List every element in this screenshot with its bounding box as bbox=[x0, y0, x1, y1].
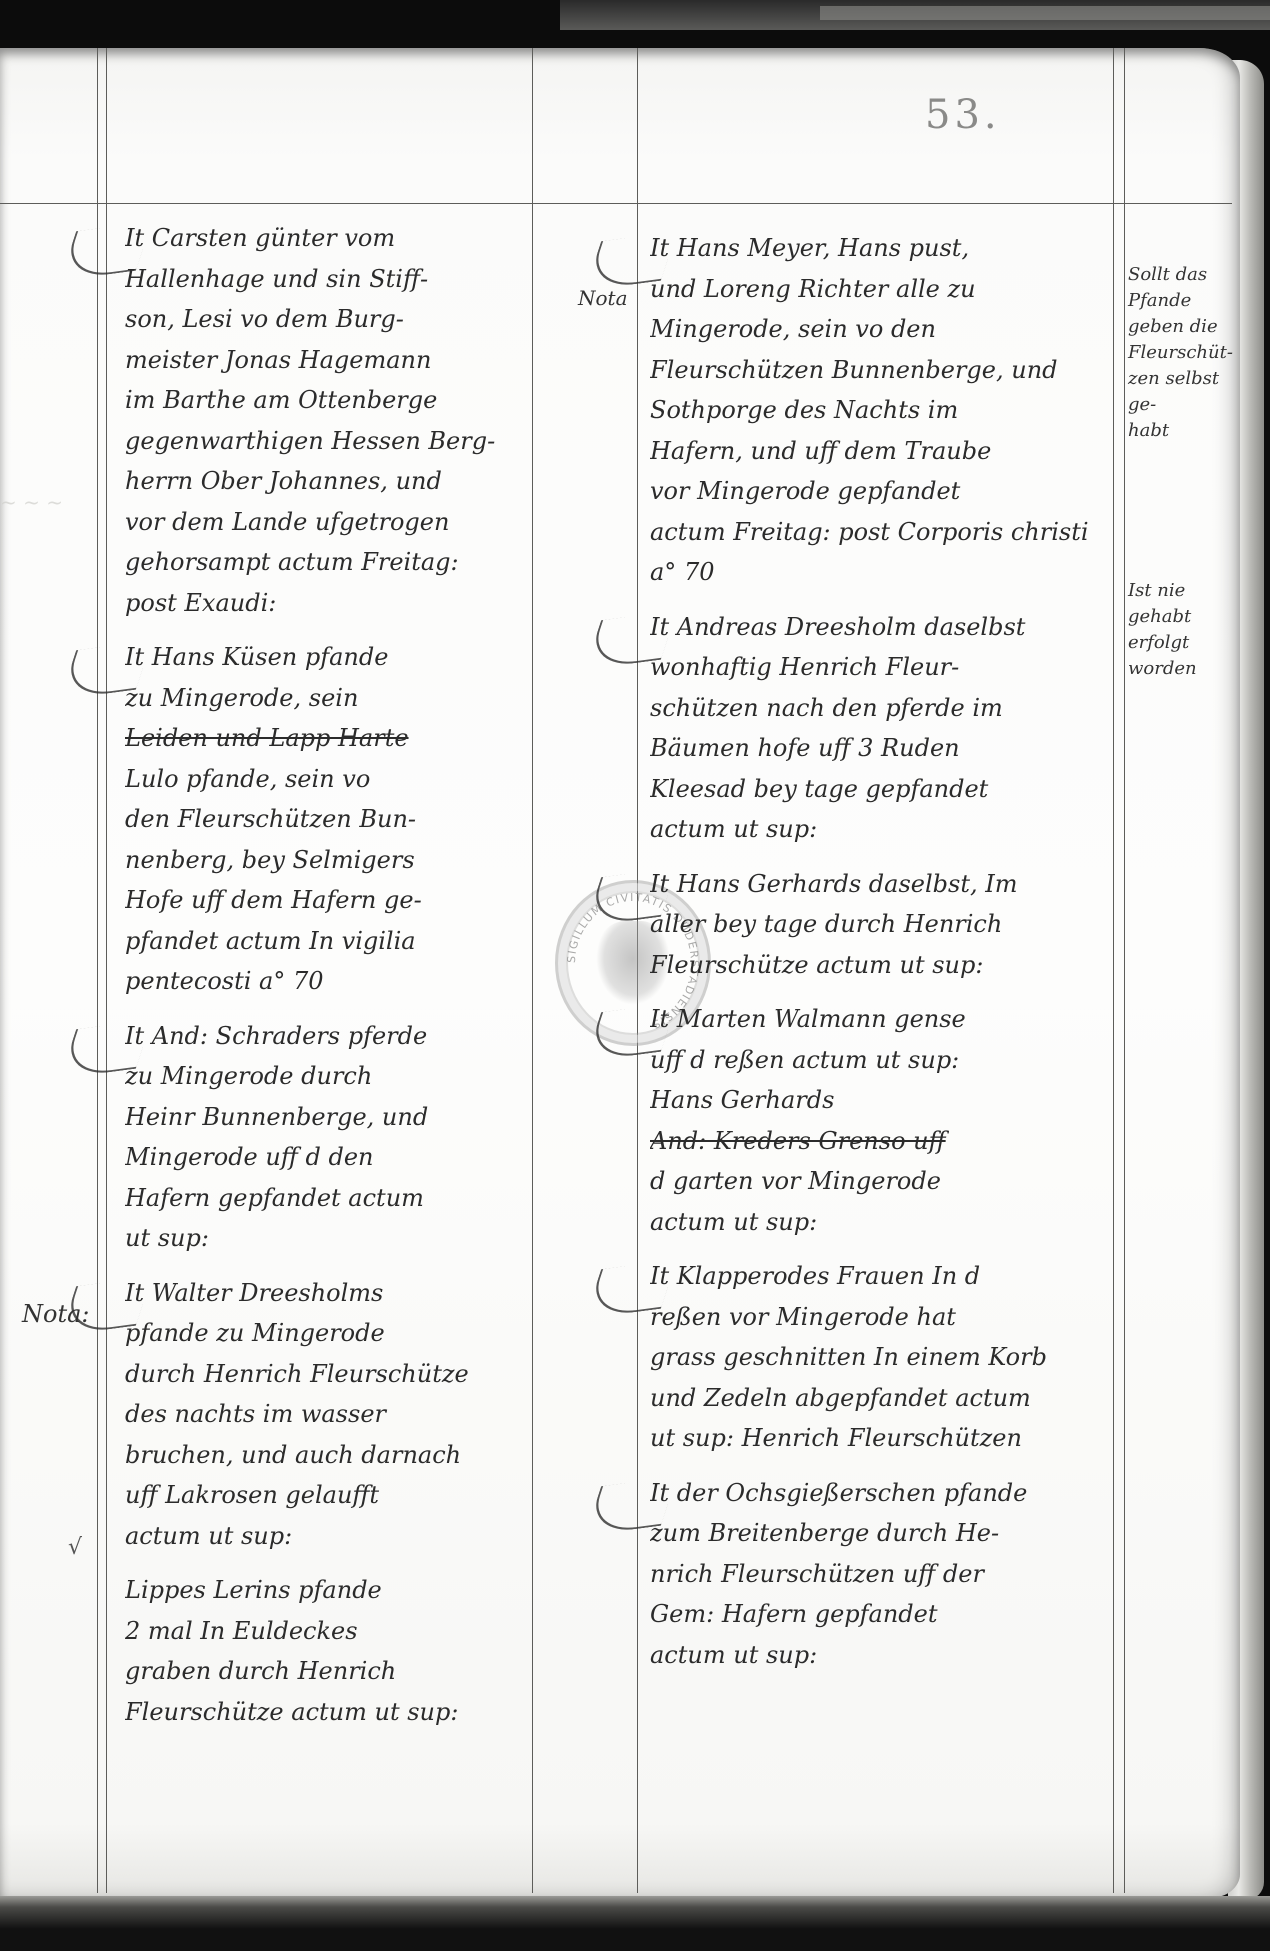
entry-line: uff Lakrosen gelaufft bbox=[125, 1475, 545, 1516]
entry-line: vor dem Lande ufgetrogen bbox=[125, 502, 545, 543]
side-note-line: geben die bbox=[1128, 314, 1228, 340]
entry-line: It Andreas Dreesholm daselbst bbox=[650, 607, 1110, 648]
entry-line: Mingerode uff d den bbox=[125, 1137, 545, 1178]
entry-line: graben durch Henrich bbox=[125, 1651, 545, 1692]
side-note-line: gehabt bbox=[1128, 604, 1228, 630]
entry-line: und Loreng Richter alle zu bbox=[650, 269, 1110, 310]
side-note-line: Fleurschüt- bbox=[1128, 340, 1228, 366]
left-margin-rule-outer bbox=[97, 48, 98, 1893]
ledger-entry: It Andreas Dreesholm daselbstwonhaftig H… bbox=[650, 607, 1110, 850]
entry-line: Heinr Bunnenberge, und bbox=[125, 1097, 545, 1138]
entry-line: It And: Schraders pferde bbox=[125, 1016, 545, 1057]
ledger-entry: It Klapperodes Frauen In dreßen vor Ming… bbox=[650, 1256, 1110, 1459]
entry-line: It Hans Meyer, Hans pust, bbox=[650, 228, 1110, 269]
margin-nota-right: Nota bbox=[578, 286, 628, 310]
entry-line: den Fleurschützen Bun- bbox=[125, 799, 545, 840]
entry-line: des nachts im wasser bbox=[125, 1394, 545, 1435]
entry-line: durch Henrich Fleurschütze bbox=[125, 1354, 545, 1395]
entry-line: nrich Fleurschützen uff der bbox=[650, 1554, 1110, 1595]
entry-line: gehorsampt actum Freitag: bbox=[125, 542, 545, 583]
entry-line: gegenwarthigen Hessen Berg- bbox=[125, 421, 545, 462]
side-note-line: Pfande bbox=[1128, 288, 1228, 314]
entry-line: Bäumen hofe uff 3 Ruden bbox=[650, 728, 1110, 769]
entry-line: ut sup: Henrich Fleurschützen bbox=[650, 1418, 1110, 1459]
entry-line: im Barthe am Ottenberge bbox=[125, 380, 545, 421]
entry-line: actum ut sup: bbox=[125, 1516, 545, 1557]
entry-line: reßen vor Mingerode hat bbox=[650, 1297, 1110, 1338]
side-note-line: worden bbox=[1128, 656, 1228, 682]
right-column: It Hans Meyer, Hans pust,und Loreng Rich… bbox=[650, 228, 1110, 1689]
ledger-entry: It And: Schraders pferdezu Mingerode dur… bbox=[125, 1016, 545, 1259]
entry-line: Hafern gepfandet actum bbox=[125, 1178, 545, 1219]
ledger-entry: It Hans Meyer, Hans pust,und Loreng Rich… bbox=[650, 228, 1110, 593]
entry-line: It Marten Walmann gense bbox=[650, 999, 1110, 1040]
entry-line: It Hans Küsen pfande bbox=[125, 637, 545, 678]
ledger-entry: It Hans Küsen pfandezu Mingerode, seinLe… bbox=[125, 637, 545, 1002]
entry-line: uff d reßen actum ut sup: bbox=[650, 1040, 1110, 1081]
entry-line: Lulo pfande, sein vo bbox=[125, 759, 545, 800]
entry-line: actum ut sup: bbox=[650, 1635, 1110, 1676]
entry-line: herrn Ober Johannes, und bbox=[125, 461, 545, 502]
entry-line: pentecosti a° 70 bbox=[125, 961, 545, 1002]
entry-line: Kleesad bey tage gepfandet bbox=[650, 769, 1110, 810]
entry-line: pfandet actum In vigilia bbox=[125, 921, 545, 962]
entry-line: actum ut sup: bbox=[650, 809, 1110, 850]
entry-line: Hafern, und uff dem Traube bbox=[650, 431, 1110, 472]
check-mark-icon: √ bbox=[68, 1535, 82, 1560]
entry-line: Hallenhage und sin Stiff- bbox=[125, 259, 545, 300]
entry-line: ut sup: bbox=[125, 1218, 545, 1259]
ledger-entry: It Walter Dreesholmspfande zu Mingeroded… bbox=[125, 1273, 545, 1557]
entry-line: And: Kreders Grenso uff bbox=[650, 1121, 1110, 1162]
bleed-through-text: ~ ~ ~ bbox=[0, 490, 63, 514]
entry-line: 2 mal In Euldeckes bbox=[125, 1611, 545, 1652]
entry-line: post Exaudi: bbox=[125, 583, 545, 624]
side-note-line: Sollt das bbox=[1128, 262, 1228, 288]
entry-line: son, Lesi vo dem Burg- bbox=[125, 299, 545, 340]
right-margin-rule-outer bbox=[1124, 48, 1125, 1893]
side-note-line: Ist nie bbox=[1128, 578, 1228, 604]
page-number: 53. bbox=[925, 92, 1001, 138]
entry-line: meister Jonas Hagemann bbox=[125, 340, 545, 381]
ledger-entry: It Carsten günter vomHallenhage und sin … bbox=[125, 218, 545, 623]
book-top-edge-highlight bbox=[820, 6, 1270, 20]
entry-line: It Klapperodes Frauen In d bbox=[650, 1256, 1110, 1297]
entry-line: actum Freitag: post Corporis christi bbox=[650, 512, 1110, 553]
entry-line: Fleurschützen Bunnenberge, und bbox=[650, 350, 1110, 391]
side-note-line: habt bbox=[1128, 418, 1228, 444]
ledger-entry: It Hans Gerhards daselbst, Imaller bey t… bbox=[650, 864, 1110, 986]
entry-line: und Zedeln abgepfandet actum bbox=[650, 1378, 1110, 1419]
left-column: It Carsten günter vomHallenhage und sin … bbox=[125, 218, 545, 1746]
left-margin-rule-inner bbox=[106, 48, 107, 1893]
entry-line: aller bey tage durch Henrich bbox=[650, 904, 1110, 945]
side-note-line: zen selbst ge- bbox=[1128, 366, 1228, 418]
entry-line: It Carsten günter vom bbox=[125, 218, 545, 259]
entry-line: Sothporge des Nachts im bbox=[650, 390, 1110, 431]
entry-line: nenberg, bey Selmigers bbox=[125, 840, 545, 881]
side-note-line: erfolgt bbox=[1128, 630, 1228, 656]
entry-line: Fleurschütze actum ut sup: bbox=[650, 945, 1110, 986]
entry-line: bruchen, und auch darnach bbox=[125, 1435, 545, 1476]
entry-line: Leiden und Lapp Harte bbox=[125, 718, 545, 759]
entry-line: vor Mingerode gepfandet bbox=[650, 471, 1110, 512]
side-note-2: Ist nie gehabt erfolgt worden bbox=[1128, 578, 1228, 682]
right-margin-rule-inner bbox=[1113, 48, 1114, 1893]
entry-line: Lippes Lerins pfande bbox=[125, 1570, 545, 1611]
entry-line: pfande zu Mingerode bbox=[125, 1313, 545, 1354]
entry-line: wonhaftig Henrich Fleur- bbox=[650, 647, 1110, 688]
ledger-entry: It Marten Walmann genseuff d reßen actum… bbox=[650, 999, 1110, 1242]
entry-line: zu Mingerode durch bbox=[125, 1056, 545, 1097]
entry-line: Hofe uff dem Hafern ge- bbox=[125, 880, 545, 921]
book-bottom-edge bbox=[0, 1896, 1270, 1951]
header-rule bbox=[0, 203, 1232, 204]
entry-line: Fleurschütze actum ut sup: bbox=[125, 1692, 545, 1733]
entry-line: Hans Gerhards bbox=[650, 1080, 1110, 1121]
entry-line: d garten vor Mingerode bbox=[650, 1161, 1110, 1202]
entry-line: a° 70 bbox=[650, 552, 1110, 593]
ledger-entry: Lippes Lerins pfande2 mal In Euldeckesgr… bbox=[125, 1570, 545, 1732]
entry-line: It Hans Gerhards daselbst, Im bbox=[650, 864, 1110, 905]
entry-line: actum ut sup: bbox=[650, 1202, 1110, 1243]
entry-line: zu Mingerode, sein bbox=[125, 678, 545, 719]
entry-line: It Walter Dreesholms bbox=[125, 1273, 545, 1314]
entry-line: Mingerode, sein vo den bbox=[650, 309, 1110, 350]
entry-line: grass geschnitten In einem Korb bbox=[650, 1337, 1110, 1378]
entry-line: schützen nach den pferde im bbox=[650, 688, 1110, 729]
entry-line: It der Ochsgießerschen pfande bbox=[650, 1473, 1110, 1514]
side-note-1: Sollt das Pfande geben die Fleurschüt- z… bbox=[1128, 262, 1228, 444]
entry-line: zum Breitenberge durch He- bbox=[650, 1513, 1110, 1554]
ledger-entry: It der Ochsgießerschen pfandezum Breiten… bbox=[650, 1473, 1110, 1676]
entry-line: Gem: Hafern gepfandet bbox=[650, 1594, 1110, 1635]
